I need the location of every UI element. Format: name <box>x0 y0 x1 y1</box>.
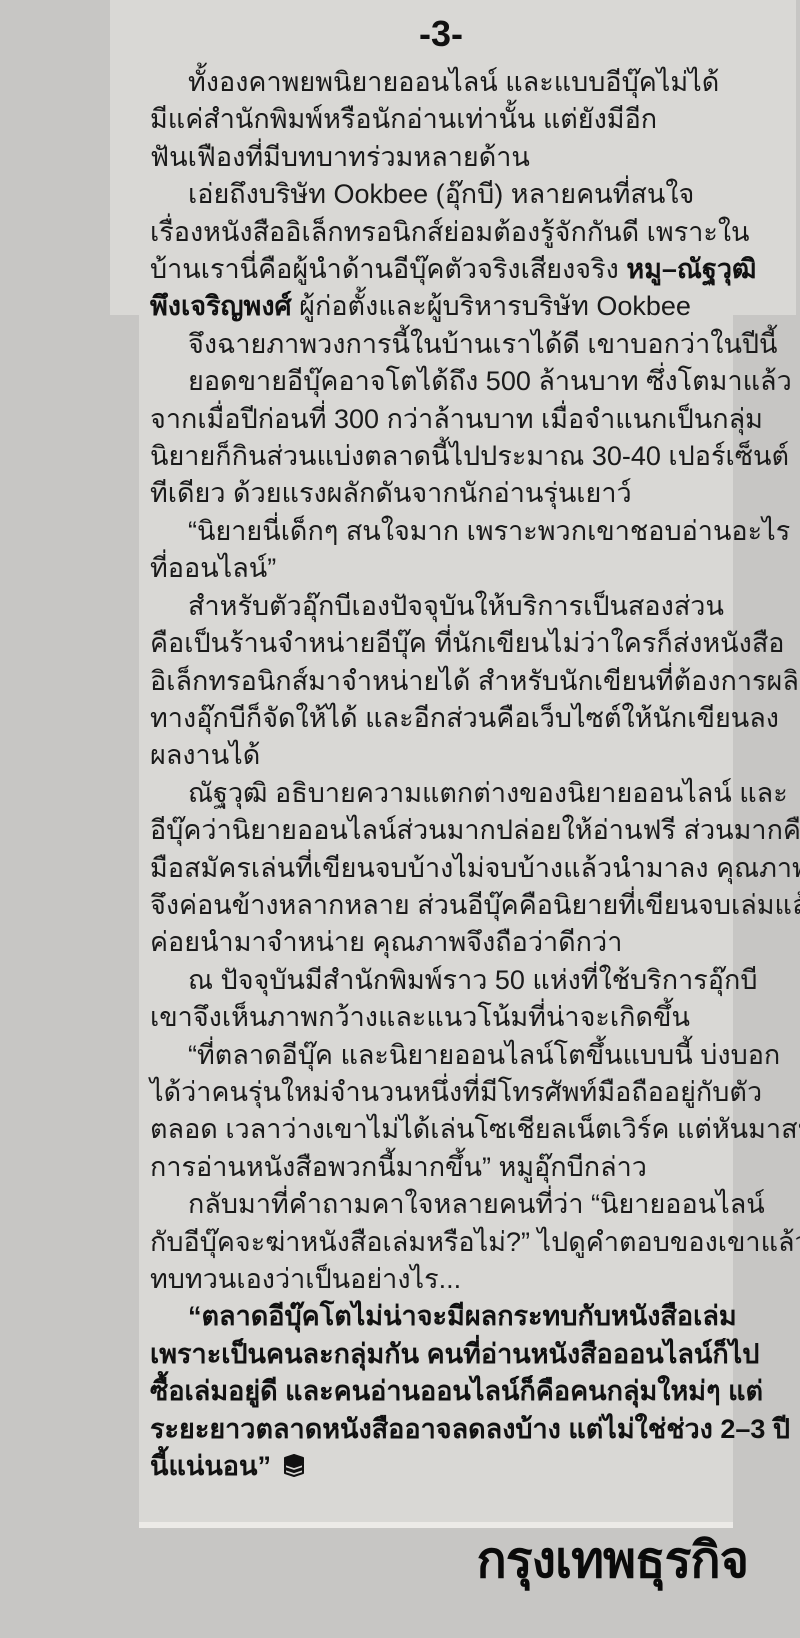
article-text-bold: ระยะยาวตลาดหนังสืออาจลดลงบ้าง แต่ไม่ใช่ช… <box>150 1414 790 1444</box>
article-text: นิยายก็กินส่วนแบ่งตลาดนี้ไปประมาณ 30-40 … <box>150 441 789 471</box>
article-line: ทีเดียว ด้วยแรงผลักดันจากนักอ่านรุ่นเยาว… <box>150 475 732 512</box>
article-line: นี้แน่นอน” <box>150 1448 732 1485</box>
end-of-article-icon <box>281 1452 307 1478</box>
article-line: สำหรับตัวอุ๊กบีเองปัจจุบันให้บริการเป็นส… <box>150 588 732 625</box>
article-text: ฟันเฟืองที่มีบทบาทร่วมหลายด้าน <box>150 142 530 172</box>
article-line: ระยะยาวตลาดหนังสืออาจลดลงบ้าง แต่ไม่ใช่ช… <box>150 1411 732 1448</box>
article-text: อีบุ๊คว่านิยายออนไลน์ส่วนมากปล่อยให้อ่าน… <box>150 815 800 845</box>
article-text: ที่ออนไลน์” <box>150 553 276 583</box>
article-line: ทางอุ๊กบีก็จัดให้ได้ และอีกส่วนคือเว็บไซ… <box>150 700 732 737</box>
article-text: อิเล็กทรอนิกส์มาจำหน่ายได้ สำหรับนักเขีย… <box>150 666 800 696</box>
article-text: สำหรับตัวอุ๊กบีเองปัจจุบันให้บริการเป็นส… <box>188 591 724 621</box>
article-text-bold: หมู–ณัฐวุฒิ <box>626 254 756 284</box>
article-line: ยอดขายอีบุ๊คอาจโตได้ถึง 500 ล้านบาท ซึ่ง… <box>150 363 732 400</box>
article-content: -3- ทั้งองคาพยพนิยายออนไลน์ และแบบอีบุ๊ค… <box>150 10 732 1485</box>
article-text-bold: พึงเจริญพงศ์ <box>150 291 292 321</box>
article-text: ผลงานได้ <box>150 740 260 770</box>
article-line: เรื่องหนังสืออิเล็กทรอนิกส์ย่อมต้องรู้จั… <box>150 214 732 251</box>
article-line: “ที่ตลาดอีบุ๊ค และนิยายออนไลน์โตขึ้นแบบน… <box>150 1037 732 1074</box>
article-text: ค่อยนำมาจำหน่าย คุณภาพจึงถือว่าดีกว่า <box>150 927 622 957</box>
article-text-bold: “ตลาดอีบุ๊คโตไม่น่าจะมีผลกระทบกับหนังสือ… <box>188 1301 737 1331</box>
article-text: ทางอุ๊กบีก็จัดให้ได้ และอีกส่วนคือเว็บไซ… <box>150 703 779 733</box>
article-line: “ตลาดอีบุ๊คโตไม่น่าจะมีผลกระทบกับหนังสือ… <box>150 1298 732 1335</box>
page-number: -3- <box>150 10 732 58</box>
article-line: บ้านเรานี่คือผู้นำด้านอีบุ๊คตัวจริงเสียง… <box>150 251 732 288</box>
article-text: ยอดขายอีบุ๊คอาจโตได้ถึง 500 ล้านบาท ซึ่ง… <box>188 366 792 396</box>
article-line: จึงค่อนข้างหลากหลาย ส่วนอีบุ๊คคือนิยายที… <box>150 887 732 924</box>
article-line: ทบทวนเองว่าเป็นอย่างไร... <box>150 1261 732 1298</box>
article-text: จากเมื่อปีก่อนที่ 300 กว่าล้านบาท เมื่อจ… <box>150 404 763 434</box>
article-text: บ้านเรานี่คือผู้นำด้านอีบุ๊คตัวจริงเสียง… <box>150 254 626 284</box>
article-text: เอ่ยถึงบริษัท Ookbee (อุ๊กบี) หลายคนที่ส… <box>188 179 694 209</box>
article-line: ทั้งองคาพยพนิยายออนไลน์ และแบบอีบุ๊คไม่ไ… <box>150 64 732 101</box>
article-text: “ที่ตลาดอีบุ๊ค และนิยายออนไลน์โตขึ้นแบบน… <box>188 1040 780 1070</box>
article-text: “นิยายนี่เด็กๆ สนใจมาก เพราะพวกเขาชอบอ่า… <box>188 516 790 546</box>
article-line: มีแค่สำนักพิมพ์หรือนักอ่านเท่านั้น แต่ยั… <box>150 101 732 138</box>
article-line: พึงเจริญพงศ์ ผู้ก่อตั้งและผู้บริหารบริษั… <box>150 288 732 325</box>
article-text-bold: ซื้อเล่มอยู่ดี และคนอ่านออนไลน์ก็คือคนกล… <box>150 1376 763 1406</box>
article-text: มีแค่สำนักพิมพ์หรือนักอ่านเท่านั้น แต่ยั… <box>150 104 657 134</box>
article-line: จึงฉายภาพวงการนี้ในบ้านเราได้ดี เขาบอกว่… <box>150 326 732 363</box>
article-text: กลับมาที่คำถามคาใจหลายคนที่ว่า “นิยายออน… <box>188 1189 765 1219</box>
article-text: กับอีบุ๊คจะฆ่าหนังสือเล่มหรือไม่?” ไปดูค… <box>150 1227 800 1257</box>
article-line: กลับมาที่คำถามคาใจหลายคนที่ว่า “นิยายออน… <box>150 1186 732 1223</box>
article-text: เขาจึงเห็นภาพกว้างและแนวโน้มที่น่าจะเกิด… <box>150 1002 690 1032</box>
article-line: ณ ปัจจุบันมีสำนักพิมพ์ราว 50 แห่งที่ใช้บ… <box>150 962 732 999</box>
article-line: ณัฐวุฒิ อธิบายความแตกต่างของนิยายออนไลน์… <box>150 775 732 812</box>
article-line: ซื้อเล่มอยู่ดี และคนอ่านออนไลน์ก็คือคนกล… <box>150 1373 732 1410</box>
article-line: ที่ออนไลน์” <box>150 550 732 587</box>
article-text: ตลอด เวลาว่างเขาไม่ได้เล่นโซเชียลเน็ตเวิ… <box>150 1114 800 1144</box>
article-text: ทีเดียว ด้วยแรงผลักดันจากนักอ่านรุ่นเยาว… <box>150 478 632 508</box>
article-line: ได้ว่าคนรุ่นใหม่จำนวนหนึ่งที่มีโทรศัพท์ม… <box>150 1074 732 1111</box>
article-text-bold: นี้แน่นอน” <box>150 1451 271 1481</box>
article-line: นิยายก็กินส่วนแบ่งตลาดนี้ไปประมาณ 30-40 … <box>150 438 732 475</box>
article-line: อีบุ๊คว่านิยายออนไลน์ส่วนมากปล่อยให้อ่าน… <box>150 812 732 849</box>
article-line: กับอีบุ๊คจะฆ่าหนังสือเล่มหรือไม่?” ไปดูค… <box>150 1224 732 1261</box>
article-line: เขาจึงเห็นภาพกว้างและแนวโน้มที่น่าจะเกิด… <box>150 999 732 1036</box>
article-line: เอ่ยถึงบริษัท Ookbee (อุ๊กบี) หลายคนที่ส… <box>150 176 732 213</box>
article-line: ค่อยนำมาจำหน่าย คุณภาพจึงถือว่าดีกว่า <box>150 924 732 961</box>
article-text: จึงค่อนข้างหลากหลาย ส่วนอีบุ๊คคือนิยายที… <box>150 890 800 920</box>
article-text: ทั้งองคาพยพนิยายออนไลน์ และแบบอีบุ๊คไม่ไ… <box>188 67 719 97</box>
article-line: ผลงานได้ <box>150 737 732 774</box>
article-text: มือสมัครเล่นที่เขียนจบบ้างไม่จบบ้างแล้วน… <box>150 853 800 883</box>
article-line: ฟันเฟืองที่มีบทบาทร่วมหลายด้าน <box>150 139 732 176</box>
article-text: ผู้ก่อตั้งและผู้บริหารบริษัท Ookbee <box>292 291 691 321</box>
article-line: เพราะเป็นคนละกลุ่มกัน คนที่อ่านหนังสือออ… <box>150 1336 732 1373</box>
article-line: ตลอด เวลาว่างเขาไม่ได้เล่นโซเชียลเน็ตเวิ… <box>150 1111 732 1148</box>
newspaper-logo: กรุงเทพธุรกิจ <box>0 1534 748 1586</box>
article-text: การอ่านหนังสือพวกนี้มากขึ้น” หมูอุ๊กบีกล… <box>150 1152 647 1182</box>
article-text: คือเป็นร้านจำหน่ายอีบุ๊ค ที่นักเขียนไม่ว… <box>150 628 785 658</box>
article-text: จึงฉายภาพวงการนี้ในบ้านเราได้ดี เขาบอกว่… <box>188 329 778 359</box>
article-line: จากเมื่อปีก่อนที่ 300 กว่าล้านบาท เมื่อจ… <box>150 401 732 438</box>
article-text: ณ ปัจจุบันมีสำนักพิมพ์ราว 50 แห่งที่ใช้บ… <box>188 965 757 995</box>
article-line: อิเล็กทรอนิกส์มาจำหน่ายได้ สำหรับนักเขีย… <box>150 663 732 700</box>
article-text: เรื่องหนังสืออิเล็กทรอนิกส์ย่อมต้องรู้จั… <box>150 217 750 247</box>
article-line: “นิยายนี่เด็กๆ สนใจมาก เพราะพวกเขาชอบอ่า… <box>150 513 732 550</box>
article-body: ทั้งองคาพยพนิยายออนไลน์ และแบบอีบุ๊คไม่ไ… <box>150 64 732 1485</box>
article-text: ณัฐวุฒิ อธิบายความแตกต่างของนิยายออนไลน์… <box>188 778 788 808</box>
article-line: มือสมัครเล่นที่เขียนจบบ้างไม่จบบ้างแล้วน… <box>150 850 732 887</box>
article-text-bold: เพราะเป็นคนละกลุ่มกัน คนที่อ่านหนังสือออ… <box>150 1339 759 1369</box>
article-text: ได้ว่าคนรุ่นใหม่จำนวนหนึ่งที่มีโทรศัพท์ม… <box>150 1077 762 1107</box>
article-text: ทบทวนเองว่าเป็นอย่างไร... <box>150 1264 461 1294</box>
article-line: คือเป็นร้านจำหน่ายอีบุ๊ค ที่นักเขียนไม่ว… <box>150 625 732 662</box>
article-line: การอ่านหนังสือพวกนี้มากขึ้น” หมูอุ๊กบีกล… <box>150 1149 732 1186</box>
